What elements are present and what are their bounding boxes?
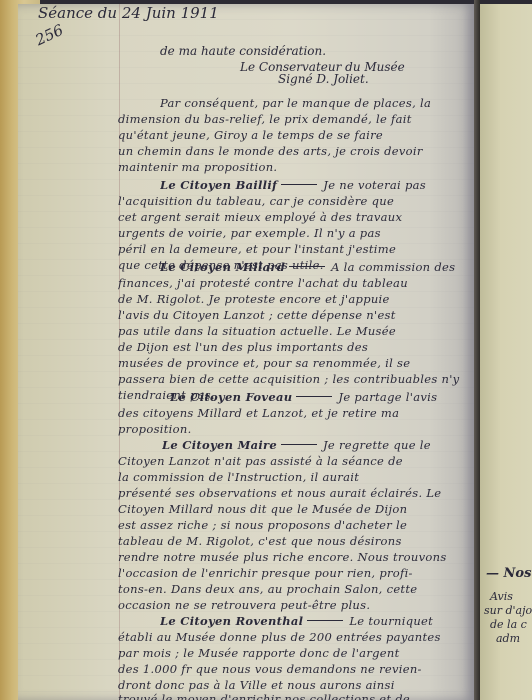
text-span: A la commission des	[331, 260, 455, 274]
speaker-line: Le Citoyen BaillifJe ne voterai pas	[160, 178, 510, 192]
dash-separator	[281, 444, 317, 445]
right-page-fragment: sur d'ajo	[484, 604, 532, 617]
speaker-name: Le Citoyen Foveau	[170, 390, 292, 404]
right-page-fragment: — Nos	[486, 566, 531, 581]
text-line: tableau de M. Rigolot, c'est que nous dé…	[118, 534, 468, 548]
dash-separator	[296, 396, 332, 397]
text-span: Le tourniquet	[349, 614, 433, 628]
speaker-line: Le Citoyen MillardA la commission des	[160, 260, 510, 274]
speaker-name: Le Citoyen Maire	[162, 438, 277, 452]
speaker-line: Le Citoyen RoventhalLe tourniquet	[160, 614, 510, 628]
text-line: dimension du bas-relief, le prix demandé…	[118, 112, 468, 126]
text-line: occasion ne se retrouvera peut-être plus…	[118, 598, 468, 612]
text-line: un chemin dans le monde des arts, je cro…	[118, 144, 468, 158]
text-line: des 1.000 fr que nous vous demandons ne …	[118, 662, 468, 676]
page-header: Séance du 24 Juin 1911	[38, 4, 219, 22]
speaker-name: Le Citoyen Roventhal	[160, 614, 303, 628]
text-line: pas utile dans la situation actuelle. Le…	[118, 324, 468, 338]
speaker-name: Le Citoyen Baillif	[160, 178, 277, 192]
text-line: établi au Musée donne plus de 200 entrée…	[118, 630, 468, 644]
closing-signature: Signé D. Joliet.	[278, 72, 369, 86]
text-line: trouvé le moyen d'enrichir nos collectio…	[118, 692, 468, 700]
text-span: Je regrette que le	[323, 438, 431, 452]
text-line: musées de province et, pour sa renommée,…	[118, 356, 468, 370]
text-line: présenté ses observations et nous aurait…	[118, 486, 468, 500]
text-line: passera bien de cette acquisition ; les …	[118, 372, 468, 386]
text-line: la commission de l'Instruction, il aurai…	[118, 470, 468, 484]
dash-separator	[307, 620, 343, 621]
text-line: des citoyens Millard et Lanzot, et je re…	[118, 406, 468, 420]
text-line: proposition.	[118, 422, 468, 436]
text-span: Je ne voterai pas	[323, 178, 426, 192]
text-line: Citoyen Lanzot n'ait pas assisté à la sé…	[118, 454, 468, 468]
text-line: l'occasion de l'enrichir presque pour ri…	[118, 566, 468, 580]
text-line: Par conséquent, par le manque de places,…	[160, 96, 510, 110]
speaker-line: Le Citoyen MaireJe regrette que le	[162, 438, 512, 452]
dash-separator	[289, 266, 325, 267]
dash-separator	[281, 184, 317, 185]
text-line: maintenir ma proposition.	[118, 160, 468, 174]
text-line: rendre notre musée plus riche encore. No…	[118, 550, 468, 564]
text-line: par mois ; le Musée rapporte donc de l'a…	[118, 646, 468, 660]
text-line: l'acquisition du tableau, car je considè…	[118, 194, 468, 208]
text-span: Je partage l'avis	[338, 390, 437, 404]
text-line: de Dijon est l'un des plus importants de…	[118, 340, 468, 354]
text-line: l'avis du Citoyen Lanzot ; cette dépense…	[118, 308, 468, 322]
text-line: tons-en. Dans deux ans, au prochain Salo…	[118, 582, 468, 596]
text-line: péril en la demeure, et pour l'instant j…	[118, 242, 468, 256]
right-page-fragment: Avis	[490, 590, 513, 603]
text-line: est assez riche ; si nous proposons d'ac…	[118, 518, 468, 532]
text-line: de M. Rigolot. Je proteste encore et j'a…	[118, 292, 468, 306]
speaker-name: Le Citoyen Millard	[160, 260, 285, 274]
closing-line-1: de ma haute considération.	[160, 44, 326, 58]
speaker-line: Le Citoyen FoveauJe partage l'avis	[170, 390, 520, 404]
text-line: qu'étant jeune, Giroy a le temps de se f…	[118, 128, 468, 142]
text-line: dront donc pas à la Ville et nous aurons…	[118, 678, 468, 692]
text-line: urgents de voirie, par exemple. Il n'y a…	[118, 226, 468, 240]
text-line: finances, j'ai protesté contre l'achat d…	[118, 276, 468, 290]
text-line: Citoyen Millard nous dit que le Musée de…	[118, 502, 468, 516]
right-page-fragment: de la c	[490, 618, 527, 631]
right-page-fragment: adm	[496, 632, 520, 645]
text-line: cet argent serait mieux employé à des tr…	[118, 210, 468, 224]
